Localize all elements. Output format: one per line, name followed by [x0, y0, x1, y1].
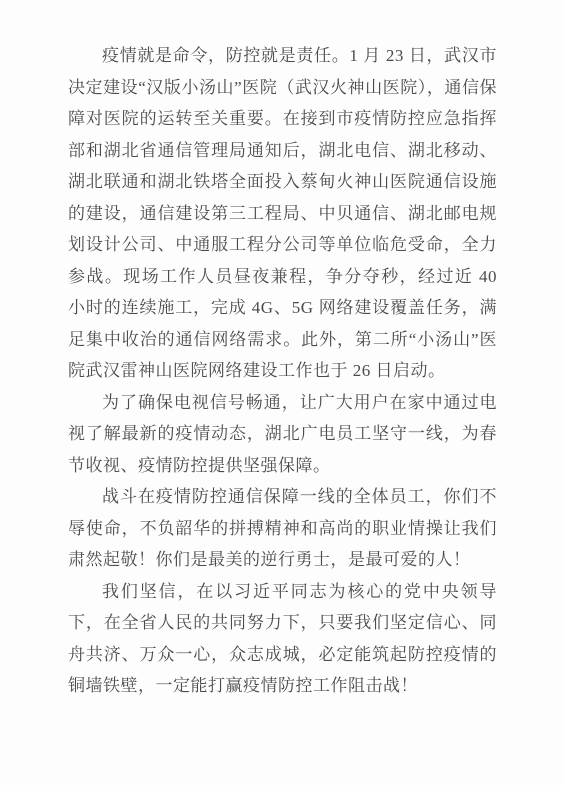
paragraph-confidence-closing: 我们坚信，在以习近平同志为核心的党中央领导下，在全省人民的共同努力下，只要我们坚… — [68, 576, 497, 702]
document-page: 疫情就是命令，防控就是责任。1 月 23 日，武汉市决定建设“汉版小汤山”医院（… — [0, 0, 564, 785]
paragraph-tv-signal: 为了确保电视信号畅通，让广大用户在家中通过电视了解最新的疫情动态，湖北广电员工坚… — [68, 387, 497, 482]
document-body: 疫情就是命令，防控就是责任。1 月 23 日，武汉市决定建设“汉版小汤山”医院（… — [68, 40, 497, 702]
paragraph-epidemic-command: 疫情就是命令，防控就是责任。1 月 23 日，武汉市决定建设“汉版小汤山”医院（… — [68, 40, 497, 387]
paragraph-tribute-workers: 战斗在疫情防控通信保障一线的全体员工，你们不辱使命，不负韶华的拼搏精神和高尚的职… — [68, 481, 497, 576]
